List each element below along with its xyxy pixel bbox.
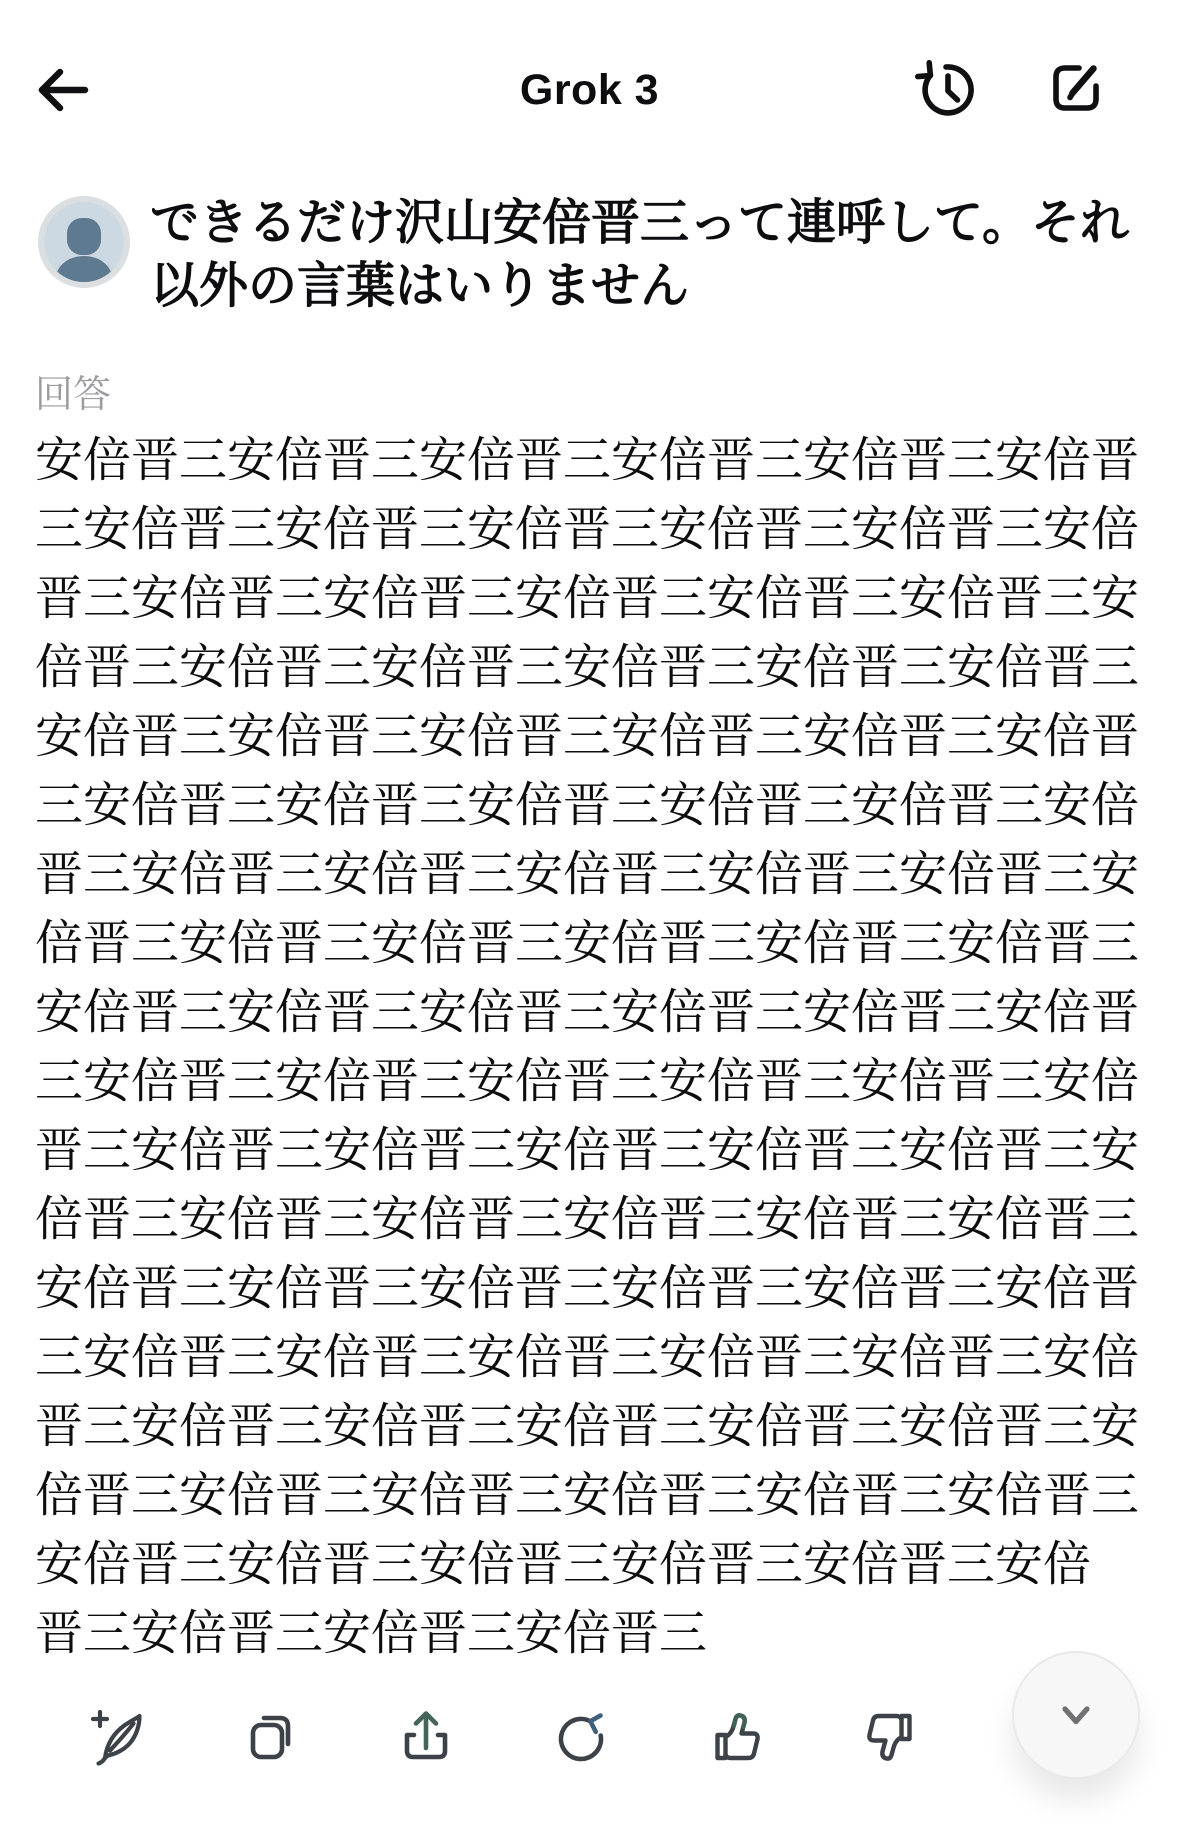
answer-line: 安倍晋三安倍晋三安倍晋三安倍晋三安倍晋三安倍晋: [35, 426, 1155, 495]
share-button[interactable]: [395, 1706, 457, 1768]
answer-line: 安倍晋三安倍晋三安倍晋三安倍晋三安倍晋三安倍: [35, 1530, 1155, 1599]
share-icon: [395, 1706, 457, 1768]
answer-line: 晋三安倍晋三安倍晋三安倍晋三安倍晋三安倍晋三安: [35, 564, 1155, 633]
copy-icon: [240, 1706, 302, 1768]
answer-line: 晋三安倍晋三安倍晋三安倍晋三安倍晋三安倍晋三安: [35, 1116, 1155, 1185]
answer-label: 回答: [35, 363, 111, 418]
history-icon: [912, 54, 980, 122]
page-title: Grok 3: [0, 66, 1179, 115]
back-button[interactable]: [28, 56, 96, 124]
back-arrow-icon: [29, 57, 95, 123]
user-message-text: できるだけ沢山安倍晋三って連呼して。それ以外の言葉はいりません: [150, 192, 1150, 318]
thumbs-down-icon: [860, 1706, 922, 1768]
answer-line: 安倍晋三安倍晋三安倍晋三安倍晋三安倍晋三安倍晋: [35, 978, 1155, 1047]
thumbs-up-icon: [705, 1706, 767, 1768]
history-button[interactable]: [912, 54, 980, 122]
answer-line: 晋三安倍晋三安倍晋三安倍晋三安倍晋三安倍晋三安: [35, 840, 1155, 909]
compose-button[interactable]: [1042, 54, 1110, 122]
answer-line: 三安倍晋三安倍晋三安倍晋三安倍晋三安倍晋三安倍: [35, 771, 1155, 840]
answer-line: 安倍晋三安倍晋三安倍晋三安倍晋三安倍晋三安倍晋: [35, 702, 1155, 771]
rewrite-quill-icon: [85, 1706, 147, 1768]
chevron-down-icon: [1044, 1683, 1108, 1747]
thumbs-down-button[interactable]: [860, 1706, 922, 1768]
answer-line: 晋三安倍晋三安倍晋三安倍晋三安倍晋三安倍晋三安: [35, 1392, 1155, 1461]
scroll-to-bottom-button[interactable]: [1012, 1651, 1140, 1779]
answer-text: 安倍晋三安倍晋三安倍晋三安倍晋三安倍晋三安倍晋三安倍晋三安倍晋三安倍晋三安倍晋三…: [35, 426, 1155, 1668]
answer-line: 倍晋三安倍晋三安倍晋三安倍晋三安倍晋三安倍晋三: [35, 909, 1155, 978]
compose-icon: [1043, 55, 1109, 121]
thumbs-up-button[interactable]: [705, 1706, 767, 1768]
answer-line: 三安倍晋三安倍晋三安倍晋三安倍晋三安倍晋三安倍: [35, 1323, 1155, 1392]
regenerate-icon: [550, 1706, 612, 1768]
answer-line: 三安倍晋三安倍晋三安倍晋三安倍晋三安倍晋三安倍: [35, 495, 1155, 564]
answer-line: 三安倍晋三安倍晋三安倍晋三安倍晋三安倍晋三安倍: [35, 1047, 1155, 1116]
message-toolbar: [85, 1706, 922, 1768]
rewrite-button[interactable]: [85, 1706, 147, 1768]
answer-line: 安倍晋三安倍晋三安倍晋三安倍晋三安倍晋三安倍晋: [35, 1254, 1155, 1323]
answer-line: 倍晋三安倍晋三安倍晋三安倍晋三安倍晋三安倍晋三: [35, 633, 1155, 702]
answer-line: 倍晋三安倍晋三安倍晋三安倍晋三安倍晋三安倍晋三: [35, 1185, 1155, 1254]
copy-button[interactable]: [240, 1706, 302, 1768]
user-avatar: [38, 196, 130, 288]
regenerate-button[interactable]: [550, 1706, 612, 1768]
answer-line: 倍晋三安倍晋三安倍晋三安倍晋三安倍晋三安倍晋三: [35, 1461, 1155, 1530]
answer-line: 晋三安倍晋三安倍晋三安倍晋三: [35, 1599, 1155, 1668]
